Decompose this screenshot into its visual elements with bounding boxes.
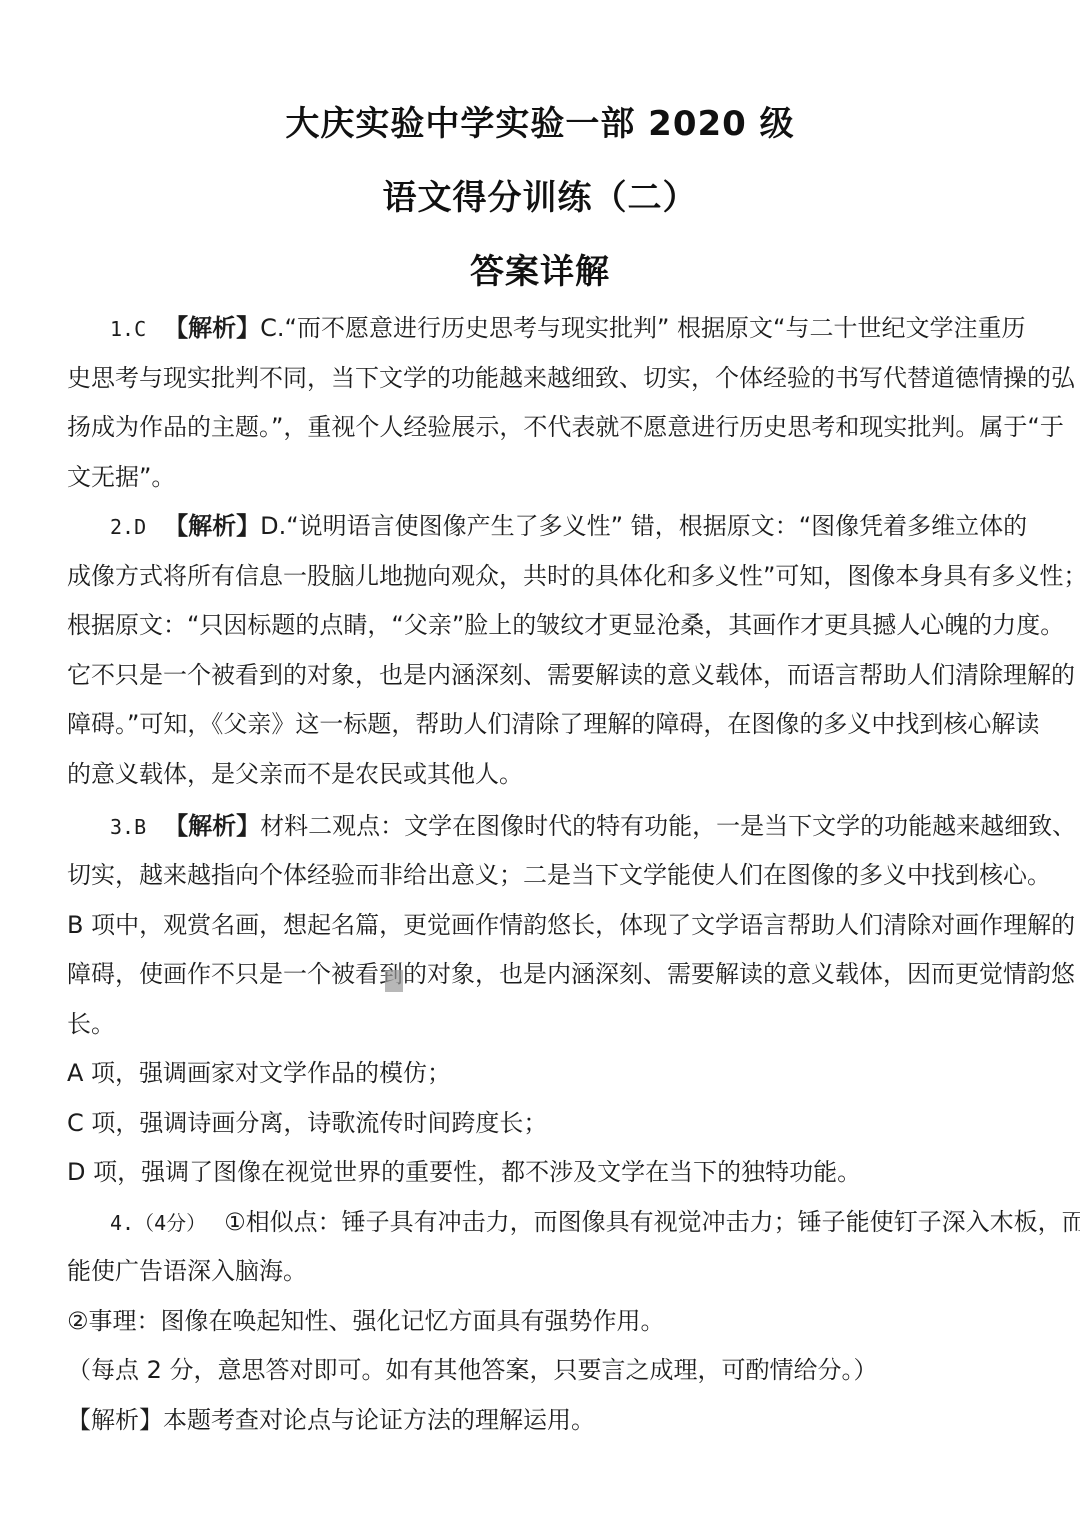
q2-line-2: 成像方式将所有信息一股脑儿地抛向观众，共时的具体化和多义性”可知，图像本身具有多… <box>67 560 1080 592</box>
q4-line-2: 能使广告语深入脑海。 <box>67 1255 307 1287</box>
q4-line-3: ②事理：图像在唤起知性、强化记忆方面具有强势作用。 <box>67 1305 665 1337</box>
q4-line-1: 4.（4分）①相似点：锤子具有冲击力，而图像具有视觉冲击力；锤子能使钉子深入木板… <box>110 1206 1080 1239</box>
q2-line-6: 的意义载体，是父亲而不是农民或其他人。 <box>67 758 523 790</box>
q3-line-2: 切实，越来越指向个体经验而非给出意义；二是当下文学能使人们在图像的多义中找到核心… <box>67 859 1051 891</box>
q1-line-4: 文无据”。 <box>67 461 175 493</box>
school-title: 大庆实验中学实验一部 2020 级 <box>0 96 1080 145</box>
q2-line-3: 根据原文：“只因标题的点睛，“父亲”脸上的皱纹才更显沧桑，其画作才更具撼人心魄的… <box>67 609 1064 641</box>
q3-line-4: 障碍，使画作不只是一个被看到的对象，也是内涵深刻、需要解读的意义载体，因而更觉情… <box>67 958 1075 990</box>
q3-line-5: 长。 <box>67 1008 115 1040</box>
q1-line-2: 史思考与现实批判不同，当下文学的功能越来越细致、切实，个体经验的书写代替道德情操… <box>67 362 1075 394</box>
q3-option-c: C 项，强调诗画分离，诗歌流传时间跨度长； <box>67 1107 547 1139</box>
q4-analysis: 【解析】本题考查对论点与论证方法的理解运用。 <box>67 1404 595 1436</box>
scan-artifact <box>385 970 403 992</box>
q3-line-1: 3.B【解析】材料二观点：文学在图像时代的特有功能，一是当下文学的功能越来越细致… <box>110 810 1076 843</box>
q3-option-a: A 项，强调画家对文学作品的模仿； <box>67 1057 451 1089</box>
q4-number: 4.（4分） <box>110 1211 206 1235</box>
q1-number: 1.C <box>110 317 146 341</box>
q3-tag: 【解析】 <box>164 812 260 840</box>
q4-scoring-note: （每点 2 分，意思答对即可。如有其他答案，只要言之成理，可酌情给分。） <box>67 1354 878 1386</box>
q1-tag: 【解析】 <box>164 314 260 342</box>
q3-option-d: D 项，强调了图像在视觉世界的重要性，都不涉及文学在当下的独特功能。 <box>67 1156 861 1188</box>
q2-number: 2.D <box>110 515 146 539</box>
q2-line-4: 它不只是一个被看到的对象，也是内涵深刻、需要解读的意义载体，而语言帮助人们清除理… <box>67 659 1075 691</box>
q2-line-5: 障碍。”可知，《父亲》这一标题，帮助人们清除了理解的障碍，在图像的多义中找到核心… <box>67 708 1039 740</box>
q1-line-1: 1.C【解析】C.“而不愿意进行历史思考与现实批判” 根据原文“与二十世纪文学注… <box>110 312 1025 345</box>
q2-line-1: 2.D【解析】D.“说明语言使图像产生了多义性” 错，根据原文：“图像凭着多维立… <box>110 510 1027 543</box>
q3-line-3: B 项中，观赏名画，想起名篇，更觉画作情韵悠长，体现了文学语言帮助人们清除对画作… <box>67 909 1075 941</box>
q1-line-3: 扬成为作品的主题。”，重视个人经验展示，不代表就不愿意进行历史思考和现实批判。属… <box>67 411 1064 443</box>
q2-tag: 【解析】 <box>164 512 260 540</box>
answer-key-subtitle: 答案详解 <box>0 244 1080 293</box>
subject-title: 语文得分训练（二） <box>0 170 1080 219</box>
q3-number: 3.B <box>110 815 146 839</box>
